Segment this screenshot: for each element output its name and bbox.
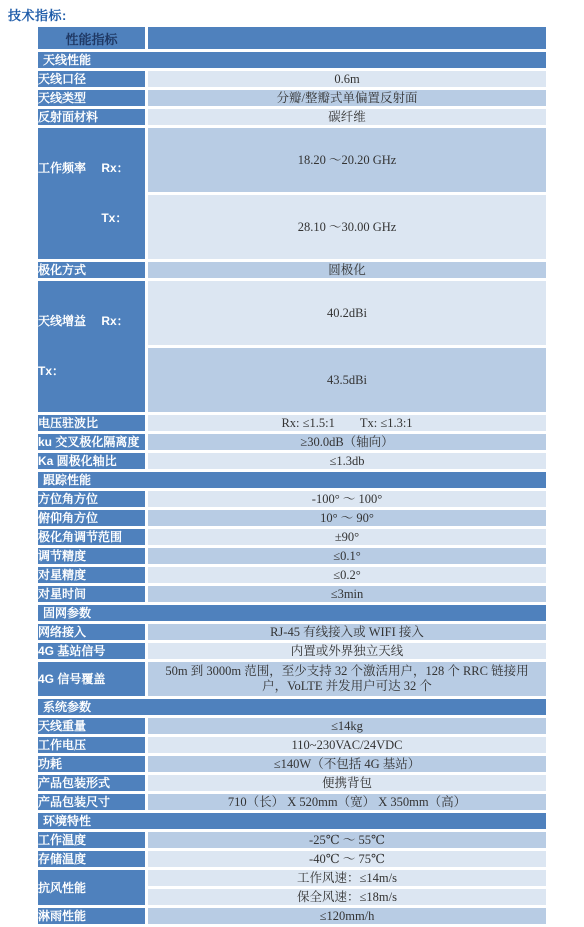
table-header-row: 性能指标 [38,27,546,49]
spec-label: 反射面材料 [38,109,145,125]
spec-value: 50m 到 3000m 范围，至少支持 32 个激活用户，128 个 RRC 链… [148,662,546,696]
spec-label: 天线重量 [38,718,145,734]
spec-value: ≤3min [148,586,546,602]
spec-value: RJ-45 有线接入或 WIFI 接入 [148,624,546,640]
spec-value: 18.20 ～20.20 GHz [148,128,546,192]
spec-label-line: 工作频率 Rx： [38,160,145,178]
spec-label: Ka 圆极化轴比 [38,453,145,469]
spec-value: 43.5dBi [148,348,546,412]
spec-value: 碳纤维 [148,109,546,125]
spec-value: ≥30.0dB（轴向） [148,434,546,450]
spec-label: 4G 信号覆盖 [38,662,145,696]
section-header-fixed-network: 固网参数 [38,605,546,621]
spec-value: -100° ～ 100° [148,491,546,507]
spec-table: 性能指标 天线性能 天线口径 0.6m 天线类型 分瓣/整瓣式单偏置反射面 反射… [35,24,549,756]
header-label-cell: 性能指标 [38,27,145,49]
spec-value: 10° ～ 90° [148,510,546,526]
spec-label: 天线口径 [38,71,145,87]
table-row: 工作电压 110~230VAC/24VDC [38,737,546,753]
spec-label: 调节精度 [38,548,145,564]
spec-label: 极化方式 [38,262,145,278]
table-row: 调节精度 ≤0.1° [38,548,546,564]
spec-label: 电压驻波比 [38,415,145,431]
spec-label: 网络接入 [38,624,145,640]
table-row: 极化角调节范围 ±90° [38,529,546,545]
spec-value: Rx: ≤1.5:1 Tx: ≤1.3:1 [148,415,546,431]
spec-label: 极化角调节范围 [38,529,145,545]
table-row: 方位角方位 -100° ～ 100° [38,491,546,507]
spec-label: 4G 基站信号 [38,643,145,659]
table-row: 极化方式 圆极化 [38,262,546,278]
table-row: 工作频率 Rx： Tx： 18.20 ～20.20 GHz [38,128,546,192]
table-row: 对星精度 ≤0.2° [38,567,546,583]
table-row: 天线口径 0.6m [38,71,546,87]
section-header-tracking: 跟踪性能 [38,472,546,488]
spec-value: 内置或外界独立天线 [148,643,546,659]
section-title: 跟踪性能 [38,472,546,488]
table-row: 反射面材料 碳纤维 [38,109,546,125]
section-header-system: 系统参数 [38,699,546,715]
section-title: 固网参数 [38,605,546,621]
spec-label: 天线增益 Rx： Tx： [38,281,145,412]
spec-value: 圆极化 [148,262,546,278]
table-row: 4G 基站信号 内置或外界独立天线 [38,643,546,659]
spec-value: ≤0.2° [148,567,546,583]
section-title: 天线性能 [38,52,546,68]
table-row: 天线重量 ≤14kg [38,718,546,734]
table-row: 网络接入 RJ-45 有线接入或 WIFI 接入 [38,624,546,640]
spec-value: 40.2dBi [148,281,546,345]
spec-value: 28.10 ～30.00 GHz [148,195,546,259]
table-row: 电压驻波比 Rx: ≤1.5:1 Tx: ≤1.3:1 [38,415,546,431]
spec-label: 天线类型 [38,90,145,106]
spec-value: ≤0.1° [148,548,546,564]
spec-label-line: Tx： [38,363,145,381]
spec-label: 对星时间 [38,586,145,602]
table-row: ku 交叉极化隔离度 ≥30.0dB（轴向） [38,434,546,450]
spec-label: ku 交叉极化隔离度 [38,434,145,450]
table-row: 天线类型 分瓣/整瓣式单偏置反射面 [38,90,546,106]
spec-value: 110~230VAC/24VDC [148,737,546,753]
section-header-antenna: 天线性能 [38,52,546,68]
spec-value: ±90° [148,529,546,545]
spec-label-line: 天线增益 Rx： [38,313,145,331]
spec-value: 0.6m [148,71,546,87]
spec-label-line: Tx： [38,210,145,228]
table-row: 天线增益 Rx： Tx： 40.2dBi [38,281,546,345]
table-row: 俯仰角方位 10° ～ 90° [38,510,546,526]
spec-value: 分瓣/整瓣式单偏置反射面 [148,90,546,106]
header-value-cell [148,27,546,49]
table-row: 对星时间 ≤3min [38,586,546,602]
spec-label: 方位角方位 [38,491,145,507]
spec-label: 工作电压 [38,737,145,753]
spec-value: ≤14kg [148,718,546,734]
spec-value: ≤1.3db [148,453,546,469]
spec-label: 对星精度 [38,567,145,583]
page-title: 技术指标: [8,5,67,24]
spec-label: 工作频率 Rx： Tx： [38,128,145,259]
spec-label: 俯仰角方位 [38,510,145,526]
table-row: Ka 圆极化轴比 ≤1.3db [38,453,546,469]
table-row: 4G 信号覆盖 50m 到 3000m 范围，至少支持 32 个激活用户，128… [38,662,546,696]
section-title: 系统参数 [38,699,546,715]
